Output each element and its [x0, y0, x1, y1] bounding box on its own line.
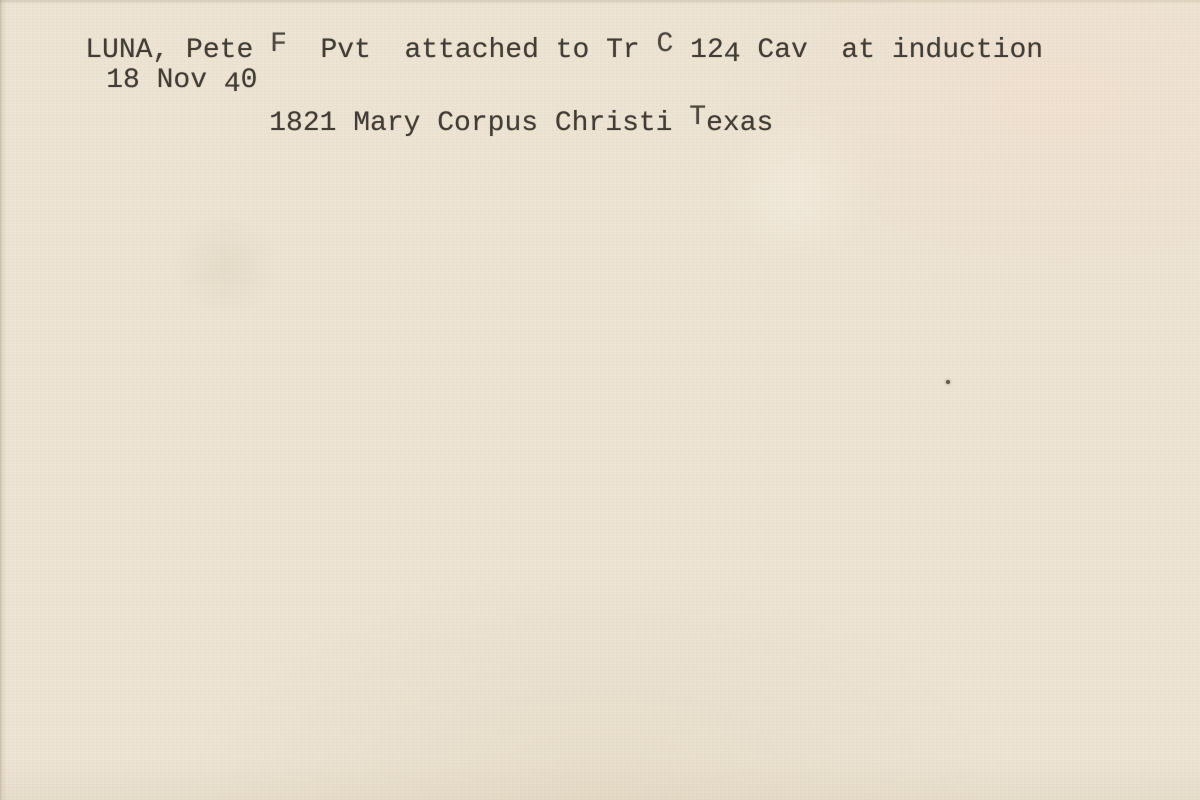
- text-segment-raised: C: [657, 29, 674, 60]
- text-segment: 1821 Mary Corpus Christi: [269, 108, 689, 139]
- text-segment-dropped: 4: [724, 39, 741, 70]
- ink-speck: [946, 380, 950, 384]
- text-segment: exas: [706, 108, 773, 139]
- typewritten-line-address: 1821 Mary Corpus Christi Texas: [202, 82, 773, 166]
- index-card: LUNA, Pete F Pvt attached to Tr C 124 Ca…: [0, 0, 1200, 800]
- text-segment-raised: F: [270, 29, 287, 60]
- text-segment: Pvt attached to Tr: [287, 35, 657, 66]
- text-segment: 12: [673, 35, 723, 66]
- text-segment: Cav at induction: [741, 35, 1043, 66]
- text-segment-raised: T: [689, 102, 706, 133]
